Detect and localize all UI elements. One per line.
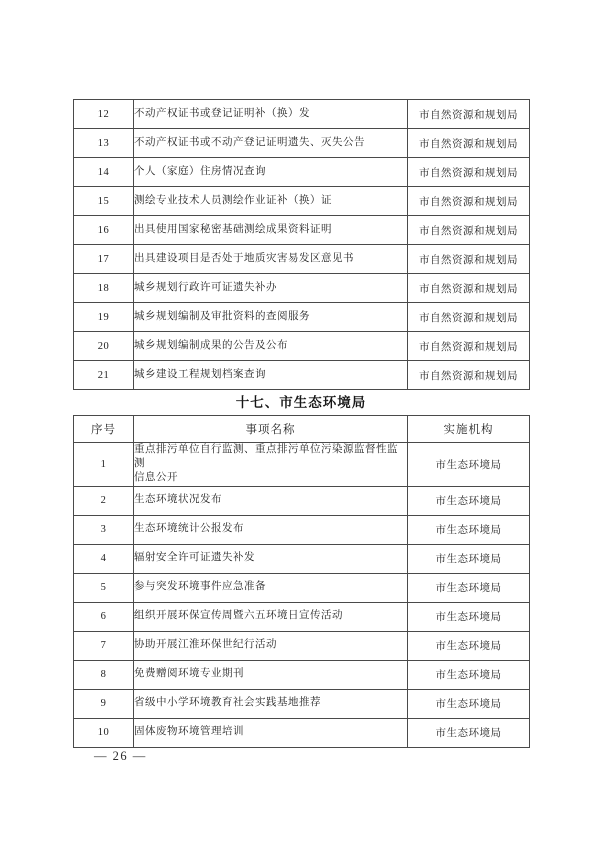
agency-cell: 市自然资源和规划局	[408, 187, 530, 216]
agency-cell: 市自然资源和规划局	[408, 245, 530, 274]
item-name-cell: 城乡规划行政许可证遗失补办	[134, 274, 408, 303]
table-header-row: 序号 事项名称 实施机构	[74, 416, 530, 443]
agency-cell: 市自然资源和规划局	[408, 158, 530, 187]
agency-cell: 市生态环境局	[408, 631, 530, 660]
table-row: 1 重点排污单位自行监测、重点排污单位污染源监督性监测 信息公开 市生态环境局	[74, 443, 530, 487]
serial-cell: 8	[74, 660, 134, 689]
eco-environment-table: 序号 事项名称 实施机构 1 重点排污单位自行监测、重点排污单位污染源监督性监测…	[73, 415, 530, 748]
agency-cell: 市生态环境局	[408, 573, 530, 602]
item-name-cell: 城乡规划编制成果的公告及公布	[134, 332, 408, 361]
table-row: 14 个人（家庭）住房情况查询 市自然资源和规划局	[74, 158, 530, 187]
table-row: 21 城乡建设工程规划档案查询 市自然资源和规划局	[74, 361, 530, 390]
item-name-cell: 城乡规划编制及审批资料的查阅服务	[134, 303, 408, 332]
serial-cell: 16	[74, 216, 134, 245]
agency-cell: 市生态环境局	[408, 443, 530, 487]
header-serial: 序号	[74, 416, 134, 443]
table-row: 16 出具使用国家秘密基础测绘成果资料证明 市自然资源和规划局	[74, 216, 530, 245]
table-row: 7 协助开展江淮环保世纪行活动 市生态环境局	[74, 631, 530, 660]
item-name-cell: 协助开展江淮环保世纪行活动	[134, 631, 408, 660]
table-row: 6 组织开展环保宣传周暨六五环境日宣传活动 市生态环境局	[74, 602, 530, 631]
agency-cell: 市生态环境局	[408, 660, 530, 689]
serial-cell: 2	[74, 486, 134, 515]
table-row: 13 不动产权证书或不动产登记证明遗失、灭失公告 市自然资源和规划局	[74, 129, 530, 158]
agency-cell: 市自然资源和规划局	[408, 332, 530, 361]
table-row: 17 出具建设项目是否处于地质灾害易发区意见书 市自然资源和规划局	[74, 245, 530, 274]
table-row: 3 生态环境统计公报发布 市生态环境局	[74, 515, 530, 544]
table-row: 15 测绘专业技术人员测绘作业证补（换）证 市自然资源和规划局	[74, 187, 530, 216]
agency-cell: 市生态环境局	[408, 689, 530, 718]
item-name-cell: 城乡建设工程规划档案查询	[134, 361, 408, 390]
item-name-cell: 生态环境状况发布	[134, 486, 408, 515]
item-name-cell: 出具建设项目是否处于地质灾害易发区意见书	[134, 245, 408, 274]
item-name-cell: 省级中小学环境教育社会实践基地推荐	[134, 689, 408, 718]
item-name-cell: 固体废物环境管理培训	[134, 718, 408, 747]
table-row: 2 生态环境状况发布 市生态环境局	[74, 486, 530, 515]
document-page: 12 不动产权证书或登记证明补（换）发 市自然资源和规划局 13 不动产权证书或…	[0, 0, 600, 848]
serial-cell: 20	[74, 332, 134, 361]
serial-cell: 18	[74, 274, 134, 303]
header-agency: 实施机构	[408, 416, 530, 443]
serial-cell: 4	[74, 544, 134, 573]
agency-cell: 市自然资源和规划局	[408, 361, 530, 390]
serial-cell: 14	[74, 158, 134, 187]
table-row: 19 城乡规划编制及审批资料的查阅服务 市自然资源和规划局	[74, 303, 530, 332]
section-title: 十七、市生态环境局	[73, 391, 529, 411]
serial-cell: 12	[74, 100, 134, 129]
serial-cell: 10	[74, 718, 134, 747]
item-name-cell: 测绘专业技术人员测绘作业证补（换）证	[134, 187, 408, 216]
agency-cell: 市生态环境局	[408, 486, 530, 515]
agency-cell: 市生态环境局	[408, 515, 530, 544]
serial-cell: 5	[74, 573, 134, 602]
item-name-cell: 免费赠阅环境专业期刊	[134, 660, 408, 689]
serial-cell: 7	[74, 631, 134, 660]
serial-cell: 9	[74, 689, 134, 718]
item-name-cell: 不动产权证书或登记证明补（换）发	[134, 100, 408, 129]
item-name-cell: 生态环境统计公报发布	[134, 515, 408, 544]
serial-cell: 19	[74, 303, 134, 332]
serial-cell: 15	[74, 187, 134, 216]
agency-cell: 市自然资源和规划局	[408, 303, 530, 332]
item-name-cell: 个人（家庭）住房情况查询	[134, 158, 408, 187]
item-name-cell: 不动产权证书或不动产登记证明遗失、灭失公告	[134, 129, 408, 158]
serial-cell: 1	[74, 443, 134, 487]
serial-cell: 6	[74, 602, 134, 631]
serial-cell: 13	[74, 129, 134, 158]
item-name-cell: 出具使用国家秘密基础测绘成果资料证明	[134, 216, 408, 245]
table-row: 18 城乡规划行政许可证遗失补办 市自然资源和规划局	[74, 274, 530, 303]
header-item-name: 事项名称	[134, 416, 408, 443]
agency-cell: 市生态环境局	[408, 544, 530, 573]
table-row: 4 辐射安全许可证遗失补发 市生态环境局	[74, 544, 530, 573]
agency-cell: 市自然资源和规划局	[408, 129, 530, 158]
agency-cell: 市自然资源和规划局	[408, 274, 530, 303]
page-number: — 26 —	[94, 749, 147, 764]
item-name-cell: 重点排污单位自行监测、重点排污单位污染源监督性监测 信息公开	[134, 443, 408, 487]
item-name-cell: 参与突发环境事件应急准备	[134, 573, 408, 602]
table-row: 9 省级中小学环境教育社会实践基地推荐 市生态环境局	[74, 689, 530, 718]
agency-cell: 市生态环境局	[408, 718, 530, 747]
table-row: 5 参与突发环境事件应急准备 市生态环境局	[74, 573, 530, 602]
natural-resources-table: 12 不动产权证书或登记证明补（换）发 市自然资源和规划局 13 不动产权证书或…	[73, 99, 530, 390]
agency-cell: 市自然资源和规划局	[408, 100, 530, 129]
serial-cell: 21	[74, 361, 134, 390]
table-row: 10 固体废物环境管理培训 市生态环境局	[74, 718, 530, 747]
item-name-cell: 辐射安全许可证遗失补发	[134, 544, 408, 573]
agency-cell: 市生态环境局	[408, 602, 530, 631]
serial-cell: 17	[74, 245, 134, 274]
table-row: 8 免费赠阅环境专业期刊 市生态环境局	[74, 660, 530, 689]
item-name-cell: 组织开展环保宣传周暨六五环境日宣传活动	[134, 602, 408, 631]
table-row: 20 城乡规划编制成果的公告及公布 市自然资源和规划局	[74, 332, 530, 361]
agency-cell: 市自然资源和规划局	[408, 216, 530, 245]
table-row: 12 不动产权证书或登记证明补（换）发 市自然资源和规划局	[74, 100, 530, 129]
serial-cell: 3	[74, 515, 134, 544]
